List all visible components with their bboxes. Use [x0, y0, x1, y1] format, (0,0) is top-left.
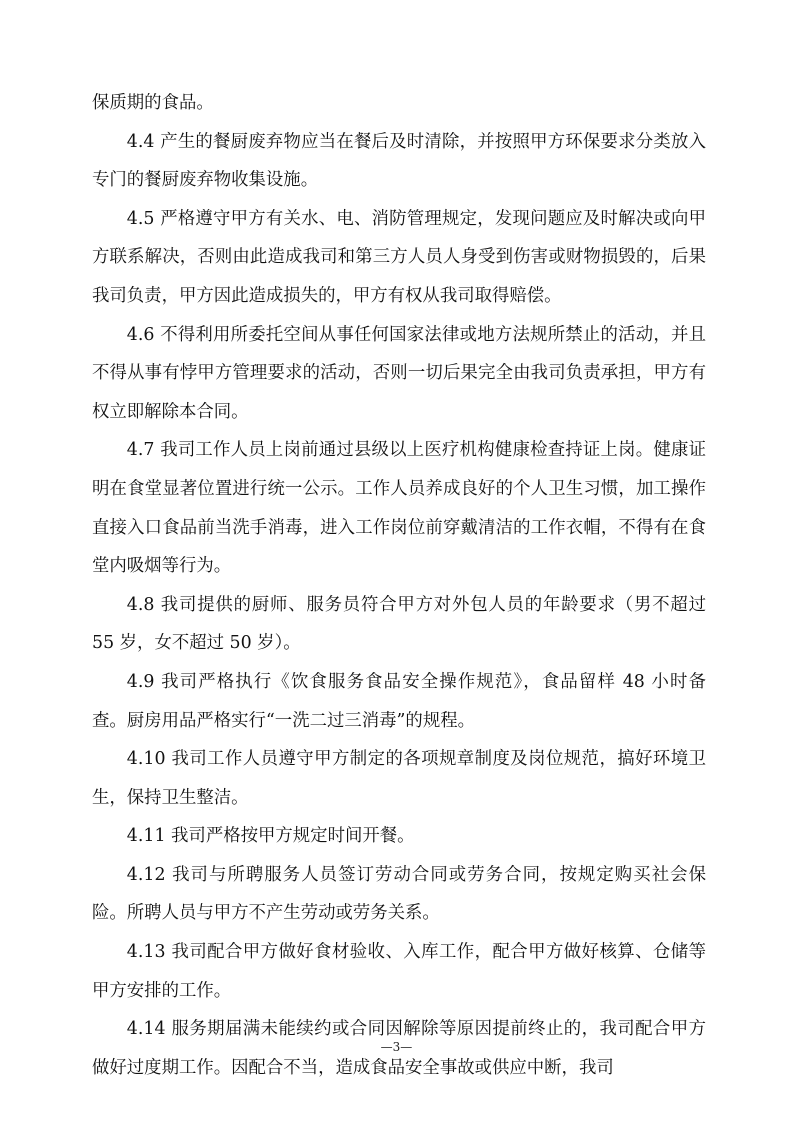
document-body: 保质期的食品。 4.4 产生的餐厨废弃物应当在餐后及时清除，并按照甲方环保要求分… — [92, 84, 706, 1087]
clause-4-11: 4.11 我司严格按甲方规定时间开餐。 — [92, 817, 706, 856]
clause-4-6: 4.6 不得利用所委托空间从事任何国家法律或地方法规所禁止的活动，并且不得从事有… — [92, 316, 706, 432]
clause-4-13: 4.13 我司配合甲方做好食材验收、入库工作，配合甲方做好核算、仓储等甲方安排的… — [92, 933, 706, 1010]
clause-4-9: 4.9 我司严格执行《饮食服务食品安全操作规范》，食品留样 48 小时备查。厨房… — [92, 663, 706, 740]
clause-4-7: 4.7 我司工作人员上岗前通过县级以上医疗机构健康检查持证上岗。健康证明在食堂显… — [92, 431, 706, 585]
clause-4-5: 4.5 严格遵守甲方有关水、电、消防管理规定，发现问题应及时解决或向甲方联系解决… — [92, 200, 706, 316]
paragraph-continuation: 保质期的食品。 — [92, 84, 706, 123]
page-number: —3— — [0, 1040, 793, 1054]
clause-4-10: 4.10 我司工作人员遵守甲方制定的各项规章制度及岗位规范，搞好环境卫生，保持卫… — [92, 740, 706, 817]
clause-4-8: 4.8 我司提供的厨师、服务员符合甲方对外包人员的年龄要求（男不超过 55 岁，… — [92, 586, 706, 663]
clause-4-4: 4.4 产生的餐厨废弃物应当在餐后及时清除，并按照甲方环保要求分类放入专门的餐厨… — [92, 123, 706, 200]
clause-4-12: 4.12 我司与所聘服务人员签订劳动合同或劳务合同，按规定购买社会保险。所聘人员… — [92, 856, 706, 933]
